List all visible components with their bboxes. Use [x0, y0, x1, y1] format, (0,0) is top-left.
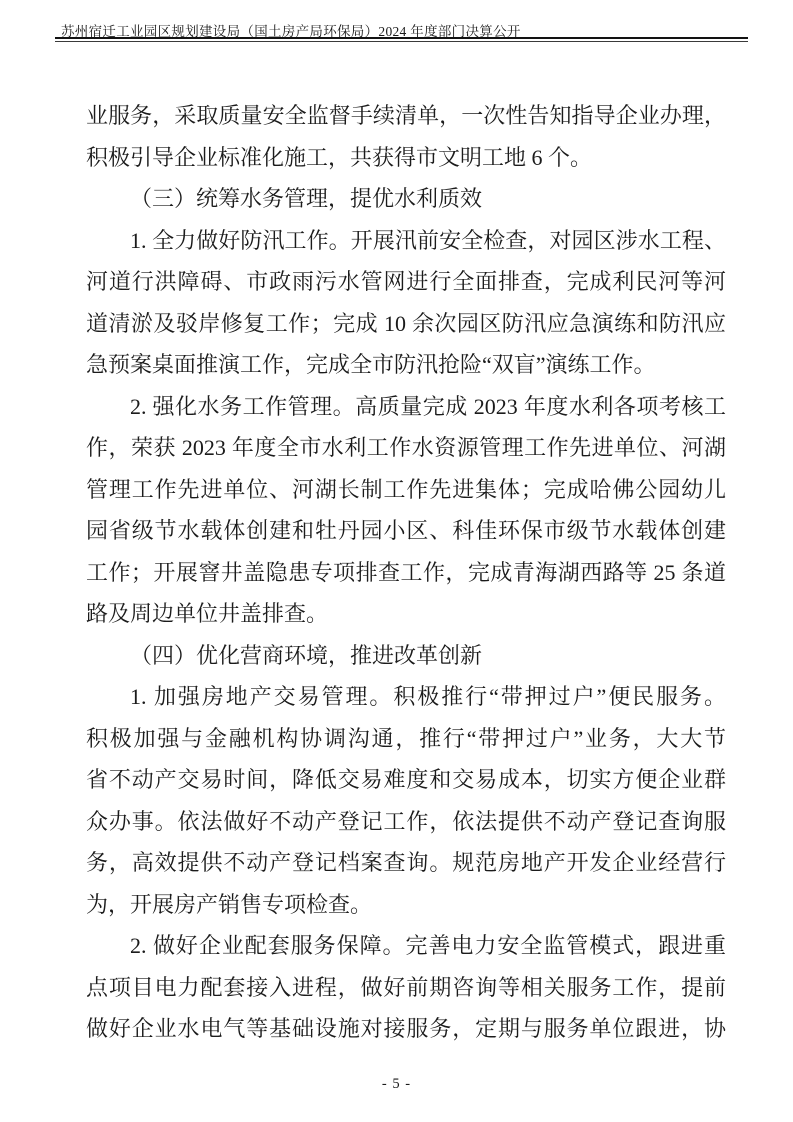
- text-line: 管理工作先进单位、河湖长制工作先进集体；完成哈佛公园幼儿: [86, 469, 726, 511]
- text-line: 道清淤及驳岸修复工作；完成 10 余次园区防汛应急演练和防汛应: [86, 303, 726, 345]
- document-page: 苏州宿迁工业园区规划建设局（国土房产局环保局）2024 年度部门决算公开 业服务…: [0, 0, 793, 1122]
- section-heading-line: （三）统筹水务管理，提优水利质效: [86, 178, 726, 220]
- page-number: - 5 -: [0, 1076, 793, 1093]
- paragraph: （四）优化营商环境，推进改革创新: [86, 635, 726, 677]
- paragraph: 1. 加强房地产交易管理。积极推行“带押过户”便民服务。 积极加强与金融机构协调…: [86, 676, 726, 925]
- text-line: 为，开展房产销售专项检查。: [86, 884, 726, 926]
- paragraph: 2. 强化水务工作管理。高质量完成 2023 年度水利各项考核工 作，荣获 20…: [86, 386, 726, 635]
- text-line: 急预案桌面推演工作，完成全市防汛抢险“双盲”演练工作。: [86, 344, 726, 386]
- paragraph: 业服务，采取质量安全监督手续清单，一次性告知指导企业办理， 积极引导企业标准化施…: [86, 95, 726, 178]
- text-line: 2. 强化水务工作管理。高质量完成 2023 年度水利各项考核工: [86, 386, 726, 428]
- text-line: 做好企业水电气等基础设施对接服务，定期与服务单位跟进，协: [86, 1008, 726, 1050]
- text-line: 点项目电力配套接入进程，做好前期咨询等相关服务工作，提前: [86, 967, 726, 1009]
- section-heading-line: （四）优化营商环境，推进改革创新: [86, 635, 726, 677]
- text-line: 路及周边单位井盖排查。: [86, 593, 726, 635]
- header-divider: [55, 37, 748, 42]
- text-line: 作，荣获 2023 年度全市水利工作水资源管理工作先进单位、河湖: [86, 427, 726, 469]
- text-line: 园省级节水载体创建和牡丹园小区、科佳环保市级节水载体创建: [86, 510, 726, 552]
- text-line: 众办事。依法做好不动产登记工作，依法提供不动产登记查询服: [86, 801, 726, 843]
- text-line: 河道行洪障碍、市政雨污水管网进行全面排查，完成利民河等河: [86, 261, 726, 303]
- document-body: 业服务，采取质量安全监督手续清单，一次性告知指导企业办理， 积极引导企业标准化施…: [86, 95, 726, 1050]
- text-line: 务，高效提供不动产登记档案查询。规范房地产开发企业经营行: [86, 842, 726, 884]
- text-line: 工作；开展窨井盖隐患专项排查工作，完成青海湖西路等 25 条道: [86, 552, 726, 594]
- text-line: 1. 全力做好防汛工作。开展汛前安全检查，对园区涉水工程、: [86, 220, 726, 262]
- text-line: 2. 做好企业配套服务保障。完善电力安全监管模式，跟进重: [86, 925, 726, 967]
- text-line: 1. 加强房地产交易管理。积极推行“带押过户”便民服务。: [86, 676, 726, 718]
- paragraph: 1. 全力做好防汛工作。开展汛前安全检查，对园区涉水工程、 河道行洪障碍、市政雨…: [86, 220, 726, 386]
- paragraph: 2. 做好企业配套服务保障。完善电力安全监管模式，跟进重 点项目电力配套接入进程…: [86, 925, 726, 1050]
- text-line: 积极引导企业标准化施工，共获得市文明工地 6 个。: [86, 137, 726, 179]
- text-line: 省不动产交易时间，降低交易难度和交易成本，切实方便企业群: [86, 759, 726, 801]
- text-line: 积极加强与金融机构协调沟通，推行“带押过户”业务，大大节: [86, 718, 726, 760]
- text-line: 业服务，采取质量安全监督手续清单，一次性告知指导企业办理，: [86, 95, 726, 137]
- paragraph: （三）统筹水务管理，提优水利质效: [86, 178, 726, 220]
